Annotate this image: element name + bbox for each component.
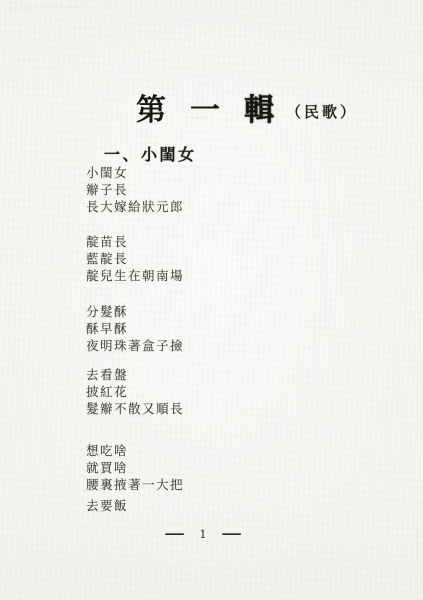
poem-line: 腰裏掖著一大把 (86, 476, 184, 493)
title-char-di: 第 (136, 94, 166, 128)
print-smudge: ⋯⋯⋯⋯ (191, 115, 209, 120)
page-number: 1 (200, 528, 207, 541)
poem-line: 髮辮不散又順長 (86, 400, 184, 417)
poem-line: 就買啥 (86, 459, 184, 476)
poem-line: 小閨女 (86, 164, 184, 181)
title-char-yi: 一 (190, 93, 220, 128)
stanza: 分髮酥 酥早酥 夜明珠著盒子撿 (86, 303, 184, 354)
poem-line: 靛苗長 (86, 233, 184, 250)
stanza: 想吃啥 就買啥 腰裏掖著一大把 (86, 442, 184, 493)
page-number-footer: — 1 — (168, 527, 238, 542)
title-char-yi-wrap: 一 ⋯⋯⋯⋯ (190, 94, 220, 128)
scan-corner-mark: ⋯⋯⋯⋯⋯ ⋯⋯⋯⋯ ⋯⋯ (8, 4, 79, 12)
page-title: 第 一 ⋯⋯⋯⋯ 輯 （民歌） (136, 94, 358, 128)
poem-line: 分髮酥 (86, 303, 184, 320)
stanza: 小閨女 辮子長 長大嫁給狀元郎 (86, 164, 184, 215)
poem-line: 去要飯 (86, 497, 128, 514)
poem-line: 想吃啥 (86, 442, 184, 459)
title-char-ji: 輯 (244, 94, 274, 128)
poem-line: 長大嫁給狀元郎 (86, 198, 184, 215)
title-subtitle: （民歌） (286, 101, 358, 122)
poem-closing-line: 去要飯 (86, 497, 128, 514)
poem-line: 辮子長 (86, 181, 184, 198)
poem-line: 藍靛長 (86, 250, 184, 267)
poem-line: 去看盤 (86, 366, 184, 383)
footer-dash-right: — (221, 527, 242, 542)
scanned-book-page: ⋯⋯⋯⋯⋯ ⋯⋯⋯⋯ ⋯⋯ 第 一 ⋯⋯⋯⋯ 輯 （民歌） 一、小閨女 小閨女 … (0, 0, 423, 600)
footer-dash-left: — (164, 527, 185, 542)
poem-line: 披紅花 (86, 383, 184, 400)
poem-line: 夜明珠著盒子撿 (86, 337, 184, 354)
poem-line: 靛兒生在朝南場 (86, 267, 184, 284)
poem-line: 酥早酥 (86, 320, 184, 337)
stanza: 去看盤 披紅花 髮辮不散又順長 (86, 366, 184, 417)
section-heading: 一、小閨女 (104, 142, 197, 165)
stanza: 靛苗長 藍靛長 靛兒生在朝南場 (86, 233, 184, 284)
